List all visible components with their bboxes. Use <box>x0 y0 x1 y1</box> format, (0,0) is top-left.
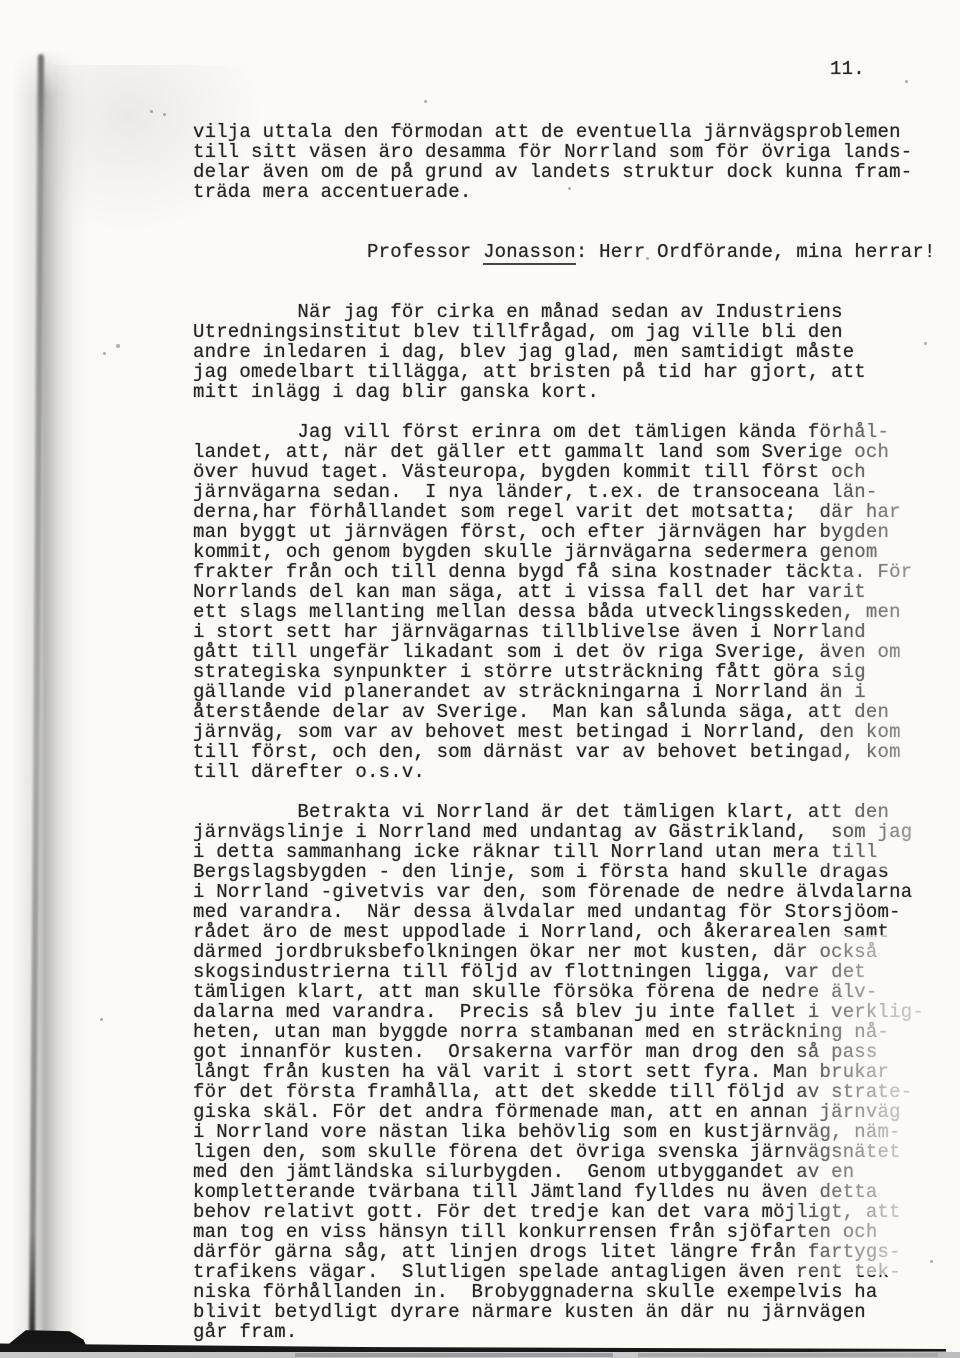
scan-strip-segment <box>638 1353 938 1357</box>
speck-artifact <box>100 1018 103 1021</box>
text-line: till sitt väsen äro desamma för Norrland… <box>193 142 933 162</box>
binding-shadow-artifact <box>12 50 90 1336</box>
speck-artifact <box>116 344 120 348</box>
text-line: ligen den, som skulle förena det övriga … <box>193 1142 933 1162</box>
speaker-prefix: Professor <box>263 241 483 263</box>
speck-artifact <box>905 80 908 83</box>
speck-artifact <box>930 1260 933 1263</box>
text-line: Norrlands del kan man säga, att i vissa … <box>193 582 933 602</box>
speck-artifact <box>746 1291 749 1294</box>
text-line: niska förhållanden in. Brobyggnaderna sk… <box>193 1282 933 1302</box>
scan-strip-segment <box>295 1353 613 1357</box>
text-line: strategiska synpunkter i större utsträck… <box>193 662 933 682</box>
text-line: När jag för cirka en månad sedan av Indu… <box>193 302 933 322</box>
text-line: tämligen klart, att man skulle försöka f… <box>193 982 933 1002</box>
text-line: man tog en viss hänsyn till konkurrensen… <box>193 1222 933 1242</box>
text-line: i Norrland vore nästan lika behövlig som… <box>193 1122 933 1142</box>
text-line: i detta sammanhang icke räknar till Norr… <box>193 842 933 862</box>
text-line: går fram. <box>193 1322 933 1342</box>
text-line: mitt inlägg i dag blir ganska kort. <box>193 382 933 402</box>
scanned-document-page: 11. vilja uttala den förmodan att de eve… <box>0 0 960 1358</box>
speck-artifact <box>568 187 571 190</box>
speck-artifact <box>150 110 153 113</box>
text-line: behov relativt gott. För det tredje kan … <box>193 1202 933 1222</box>
text-line: träda mera accentuerade. <box>193 182 933 202</box>
text-line: kommit, och genom bygden skulle järnväga… <box>193 542 933 562</box>
text-line: järnvägarna sedan. I nya länder, t.ex. d… <box>193 482 933 502</box>
text-line: kompletterande tvärbana till Jämtland fy… <box>193 1182 933 1202</box>
text-line: frakter från och till denna bygd få sina… <box>193 562 933 582</box>
text-line: rådet äro de mest uppodlade i Norrland, … <box>193 922 933 942</box>
text-line: därför gärna såg, att linjen drogs litet… <box>193 1242 933 1262</box>
paragraph: vilja uttala den förmodan att de eventue… <box>193 122 933 202</box>
text-line: trafikens vägar. Slutligen spelade antag… <box>193 1262 933 1282</box>
speck-artifact <box>163 113 166 116</box>
speck-artifact <box>210 1306 213 1309</box>
text-line: giska skäl. För det andra förmenade man,… <box>193 1102 933 1122</box>
typewritten-text-block: vilja uttala den förmodan att de eventue… <box>193 122 933 1342</box>
text-line: ett slags mellanting mellan dessa båda u… <box>193 602 933 622</box>
text-line: järnväg, som var av behovet mest betinga… <box>193 722 933 742</box>
text-line: Jag vill först erinra om det tämligen kä… <box>193 422 933 442</box>
speck-artifact <box>646 257 649 260</box>
binding-crease-artifact <box>29 54 44 1334</box>
text-line: Betrakta vi Norrland är det tämligen kla… <box>193 802 933 822</box>
text-line: Utredningsinstitut blev tillfrågad, om j… <box>193 322 933 342</box>
text-line: för det första framhålla, att det skedde… <box>193 1082 933 1102</box>
text-line: återstående delar av Sverige. Man kan så… <box>193 702 933 722</box>
text-line: till därefter o.s.v. <box>193 762 933 782</box>
text-line: jag omedelbart tillägga, att bristen på … <box>193 362 933 382</box>
text-line: delar även om de på grund av landets str… <box>193 162 933 182</box>
paragraph: Betrakta vi Norrland är det tämligen kla… <box>193 802 933 1342</box>
text-line: långt från kusten ha väl varit i stort s… <box>193 1062 933 1082</box>
text-line: med den jämtländska silurbygden. Genom u… <box>193 1162 933 1182</box>
text-line: med varandra. När dessa älvdalar med und… <box>193 902 933 922</box>
speck-artifact <box>424 100 427 103</box>
page-number: 11. <box>830 58 865 80</box>
text-line: till först, och den, som därnäst var av … <box>193 742 933 762</box>
text-line: Bergslagsbygden - den linje, som i först… <box>193 862 933 882</box>
text-line: därmed jordbruksbefolkningen ökar ner mo… <box>193 942 933 962</box>
text-line: derna,har förhållandet som regel varit d… <box>193 502 933 522</box>
speck-artifact <box>400 127 403 130</box>
speaker-line: Professor Jonasson: Herr Ordförande, min… <box>193 222 933 282</box>
text-line: andre inledaren i dag, blev jag glad, me… <box>193 342 933 362</box>
text-line: got innanför kusten. Orsakerna varför ma… <box>193 1042 933 1062</box>
text-line: landet, att, när det gäller ett gammalt … <box>193 442 933 462</box>
text-line: i Norrland -givetvis var den, som förena… <box>193 882 933 902</box>
speaker-suffix: : Herr Ordförande, mina herrar! <box>576 241 936 263</box>
text-line: heten, utan man byggde norra stambanan m… <box>193 1022 933 1042</box>
text-line: dalarna med varandra. Precis så blev ju … <box>193 1002 933 1022</box>
text-line: blivit betydligt dyrare närmare kusten ä… <box>193 1302 933 1322</box>
speck-artifact <box>103 352 106 355</box>
text-line: över huvud taget. Västeuropa, bygden kom… <box>193 462 933 482</box>
text-line: vilja uttala den förmodan att de eventue… <box>193 122 933 142</box>
text-line: järnvägslinje i Norrland med undantag av… <box>193 822 933 842</box>
text-line: gått till ungefär likadant som i det öv … <box>193 642 933 662</box>
text-line: man byggt ut järnvägen först, och efter … <box>193 522 933 542</box>
text-line: skogsindustrierna till följd av flottnin… <box>193 962 933 982</box>
paragraph: När jag för cirka en månad sedan av Indu… <box>193 302 933 402</box>
paragraph: Jag vill först erinra om det tämligen kä… <box>193 422 933 782</box>
text-line: gällande vid planerandet av sträckningar… <box>193 682 933 702</box>
speck-artifact <box>924 342 927 345</box>
text-line: i stort sett har järnvägarnas tillblivel… <box>193 622 933 642</box>
speaker-name: Jonasson <box>483 241 576 265</box>
